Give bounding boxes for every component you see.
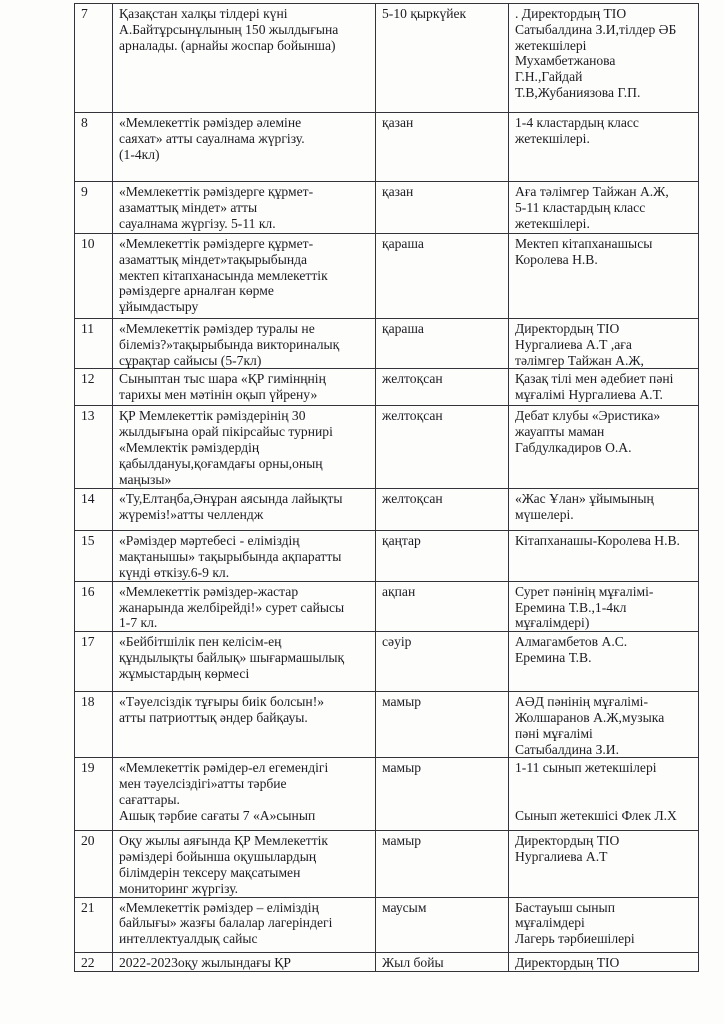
- row-number-cell: 16: [75, 581, 113, 631]
- date-cell: қараша: [376, 234, 509, 319]
- row-number-cell: 8: [75, 113, 113, 182]
- date-cell: маусым: [376, 897, 509, 952]
- event-text-line: «Мемлекеттік рәміздер әлеміне: [119, 115, 371, 131]
- row-number-cell: 21: [75, 897, 113, 952]
- table-row: 12Сыныптан тыс шара «ҚР гимінңніңтарихы …: [75, 369, 699, 406]
- event-date: қараша: [382, 236, 504, 252]
- responsible-text-line: Директордың ТІО: [515, 321, 694, 337]
- responsible-cell: Дебат клубы «Эристика»жауапты маманГабду…: [509, 406, 699, 489]
- date-cell: мамыр: [376, 831, 509, 897]
- event-date: сәуір: [382, 634, 504, 650]
- row-number: 20: [81, 833, 108, 849]
- responsible-cell: Мектеп кітапханашысыКоролева Н.В.: [509, 234, 699, 319]
- responsible-text-line: Дебат клубы «Эристика»: [515, 408, 694, 424]
- event-text-line: Қазақстан халқы тілдері күні: [119, 6, 371, 22]
- event-text-line: саяхат» атты сауалнама жүргізу.: [119, 131, 371, 147]
- event-date: мамыр: [382, 694, 504, 710]
- responsible-text-line: жетекшілері.: [515, 131, 694, 147]
- event-cell: 2022-2023оқу жылындағы ҚР: [113, 952, 376, 971]
- event-cell: «Ту,Елтаңба,Әнұран аясында лайықтыжүремі…: [113, 489, 376, 531]
- event-text-line: азаматтық міндет»тақырыбында: [119, 252, 371, 268]
- date-cell: қазан: [376, 182, 509, 234]
- responsible-cell: Аға тәлімгер Тайжан А.Ж,5-11 кластардың …: [509, 182, 699, 234]
- event-text-line: мектеп кітапханасында мемлекеттік: [119, 268, 371, 284]
- table-row: 11«Мемлекеттік рәміздер туралы небілеміз…: [75, 319, 699, 369]
- event-date: желтоқсан: [382, 408, 504, 424]
- responsible-cell: Директордың ТІОНургалиева А.Т: [509, 831, 699, 897]
- event-cell: «Мемлекеттік рәміздер туралы небілеміз?»…: [113, 319, 376, 369]
- responsible-text-line: Кітапханашы-Королева Н.В.: [515, 533, 694, 549]
- event-date: ақпан: [382, 584, 504, 600]
- responsible-text-line: Нургалиева А.Т: [515, 849, 694, 865]
- event-text-line: «Мемлекеттік рәміздер туралы не: [119, 321, 371, 337]
- event-date: 5-10 қыркүйек: [382, 6, 504, 22]
- responsible-text-line: 1-11 сынып жетекшілері: [515, 760, 694, 776]
- row-number-cell: 14: [75, 489, 113, 531]
- responsible-text-line: Жолшаранов А.Ж,музыка: [515, 710, 694, 726]
- responsible-text-line: «Жас Ұлан» ұйымының: [515, 491, 694, 507]
- row-number: 9: [81, 184, 108, 200]
- responsible-text-line: 5-11 кластардың класс: [515, 200, 694, 216]
- responsible-text-line: Директордың ТІО: [515, 955, 694, 971]
- date-cell: мамыр: [376, 758, 509, 831]
- event-cell: «Тәуелсіздік тұғыры биік болсын!»атты па…: [113, 692, 376, 758]
- event-text-line: «Мемлектік рәміздердің: [119, 440, 371, 456]
- date-cell: сәуір: [376, 632, 509, 692]
- event-text-line: интеллектуалдық сайыс: [119, 931, 371, 947]
- responsible-text-line: Бастауыш сынып: [515, 900, 694, 916]
- event-text-line: байлығы» жазғы балалар лагеріндегі: [119, 915, 371, 931]
- event-cell: «Бейбітшілік пен келісім-еңқұндылықты ба…: [113, 632, 376, 692]
- responsible-text-line: Лагерь тәрбиешілері: [515, 931, 694, 947]
- row-number-cell: 10: [75, 234, 113, 319]
- event-text-line: тарихы мен мәтінін оқып үйрену»: [119, 387, 371, 403]
- date-cell: желтоқсан: [376, 406, 509, 489]
- row-number: 12: [81, 371, 108, 387]
- responsible-text-line: жетекшілері.: [515, 216, 694, 232]
- row-number-cell: 9: [75, 182, 113, 234]
- event-cell: «Мемлекеттік рәміздерге құрмет-азаматтық…: [113, 182, 376, 234]
- event-text-line: атты патриоттық әндер байқауы.: [119, 710, 371, 726]
- responsible-text-line: мұғалімдері: [515, 915, 694, 931]
- event-date: мамыр: [382, 833, 504, 849]
- event-text-line: мақтанышы» тақырыбында ақпаратты: [119, 549, 371, 565]
- responsible-text-line: Сурет пәнінің мұғалімі-: [515, 584, 694, 600]
- row-number-cell: 12: [75, 369, 113, 406]
- date-cell: 5-10 қыркүйек: [376, 4, 509, 113]
- row-number-cell: 22: [75, 952, 113, 971]
- responsible-text-line: Т.В,Жубаниязова Г.П.: [515, 85, 694, 101]
- responsible-text-line: Королева Н.В.: [515, 252, 694, 268]
- row-number: 11: [81, 321, 108, 337]
- table-row: 15«Рәміздер мәртебесі - еліміздіңмақтаны…: [75, 531, 699, 581]
- date-cell: қараша: [376, 319, 509, 369]
- table-row: 14«Ту,Елтаңба,Әнұран аясында лайықтыжүре…: [75, 489, 699, 531]
- responsible-text-line: мұғалімдері): [515, 615, 694, 631]
- event-text-line: рәміздерге арналған көрме: [119, 283, 371, 299]
- event-cell: Сыныптан тыс шара «ҚР гимінңніңтарихы ме…: [113, 369, 376, 406]
- responsible-text-line: 1-4 кластардың класс: [515, 115, 694, 131]
- event-text-line: Сыныптан тыс шара «ҚР гимінңнің: [119, 371, 371, 387]
- responsible-cell: Директордың ТІОНургалиева А.Т ,ағатәлімг…: [509, 319, 699, 369]
- event-text-line: А.Байтұрсынұлының 150 жылдығына: [119, 22, 371, 38]
- event-text-line: «Рәміздер мәртебесі - еліміздің: [119, 533, 371, 549]
- event-date: желтоқсан: [382, 371, 504, 387]
- event-text-line: ұйымдастыру: [119, 299, 371, 315]
- table-row: 9«Мемлекеттік рәміздерге құрмет-азаматты…: [75, 182, 699, 234]
- responsible-text-line: [515, 792, 694, 808]
- date-cell: желтоқсан: [376, 369, 509, 406]
- event-text-line: «Мемлекеттік рәміздер-жастар: [119, 584, 371, 600]
- responsible-text-line: мұғалімі Нургалиева А.Т.: [515, 387, 694, 403]
- event-date: Жыл бойы: [382, 955, 504, 971]
- table-row: 222022-2023оқу жылындағы ҚРЖыл бойыДирек…: [75, 952, 699, 971]
- responsible-text-line: жетекшілері: [515, 38, 694, 54]
- responsible-text-line: Сатыбалдина З.И,тілдер ӘБ: [515, 22, 694, 38]
- responsible-cell: АӘД пәнінің мұғалімі-Жолшаранов А.Ж,музы…: [509, 692, 699, 758]
- row-number-cell: 17: [75, 632, 113, 692]
- event-text-line: жұмыстардың көрмесі: [119, 666, 371, 682]
- table-body: 7Қазақстан халқы тілдері күніА.Байтұрсын…: [75, 4, 699, 972]
- responsible-text-line: Мектеп кітапханашысы: [515, 236, 694, 252]
- table-row: 8«Мемлекеттік рәміздер әлемінесаяхат» ат…: [75, 113, 699, 182]
- date-cell: мамыр: [376, 692, 509, 758]
- activity-plan-table: 7Қазақстан халқы тілдері күніА.Байтұрсын…: [74, 3, 699, 972]
- event-text-line: Ашық тәрбие сағаты 7 «А»сынып: [119, 808, 371, 824]
- responsible-text-line: Сатыбалдина З.И.: [515, 742, 694, 758]
- row-number-cell: 7: [75, 4, 113, 113]
- table-row: 16 «Мемлекеттік рәміздер-жастаржанарында…: [75, 581, 699, 631]
- event-date: қараша: [382, 321, 504, 337]
- event-cell: «Мемлекеттік рәміздер әлемінесаяхат» атт…: [113, 113, 376, 182]
- responsible-text-line: Сынып жетекшісі Флек Л.Х: [515, 808, 694, 824]
- event-text-line: сағаттары.: [119, 792, 371, 808]
- row-number-cell: 15: [75, 531, 113, 581]
- responsible-text-line: тәлімгер Тайжан А.Ж,: [515, 353, 694, 369]
- responsible-text-line: Мухамбетжанова: [515, 53, 694, 69]
- row-number: 17: [81, 634, 108, 650]
- table-row: 17«Бейбітшілік пен келісім-еңқұндылықты …: [75, 632, 699, 692]
- row-number: 13: [81, 408, 108, 424]
- event-text-line: мониторинг жүргізу.: [119, 881, 371, 897]
- event-date: қазан: [382, 184, 504, 200]
- table-row: 19«Мемлекеттік рәмідер-ел егемендігімен …: [75, 758, 699, 831]
- row-number-cell: 20: [75, 831, 113, 897]
- table-row: 21«Мемлекеттік рәміздер – еліміздіңбайлы…: [75, 897, 699, 952]
- event-text-line: сауалнама жүргізу. 5-11 кл.: [119, 216, 371, 232]
- row-number-cell: 11: [75, 319, 113, 369]
- event-text-line: құндылықты байлық» шығармашылық: [119, 650, 371, 666]
- event-text-line: 1-7 кл.: [119, 615, 371, 631]
- row-number: 10: [81, 236, 108, 252]
- event-text-line: ҚР Мемлекеттік рәміздерінің 30: [119, 408, 371, 424]
- responsible-text-line: . Директордың ТІО: [515, 6, 694, 22]
- date-cell: желтоқсан: [376, 489, 509, 531]
- responsible-text-line: Еремина Т.В.: [515, 650, 694, 666]
- responsible-cell: Қазақ тілі мен әдебиет пәнімұғалімі Нург…: [509, 369, 699, 406]
- table-row: 7Қазақстан халқы тілдері күніА.Байтұрсын…: [75, 4, 699, 113]
- event-text-line: маңызы»: [119, 472, 371, 488]
- event-text-line: қабылдануы,қоғамдағы орны,оның: [119, 456, 371, 472]
- responsible-text-line: Алмагамбетов А.С.: [515, 634, 694, 650]
- event-text-line: мен тәуелсіздігі»атты тәрбие: [119, 776, 371, 792]
- responsible-text-line: пәні мұғалімі: [515, 726, 694, 742]
- responsible-text-line: [515, 776, 694, 792]
- event-cell: Қазақстан халқы тілдері күніА.Байтұрсынұ…: [113, 4, 376, 113]
- date-cell: қазан: [376, 113, 509, 182]
- responsible-text-line: мүшелері.: [515, 507, 694, 523]
- event-text-line: «Мемлекеттік рәміздер – еліміздің: [119, 900, 371, 916]
- row-number: 8: [81, 115, 108, 131]
- date-cell: ақпан: [376, 581, 509, 631]
- event-text-line: сұрақтар сайысы (5-7кл): [119, 353, 371, 369]
- event-text-line: білімдерін тексеру мақсатымен: [119, 865, 371, 881]
- event-text-line: жүреміз!»атты челлендж: [119, 507, 371, 523]
- event-text-line: жанарында желбірейді!» сурет сайысы: [119, 600, 371, 616]
- responsible-cell: . Директордың ТІОСатыбалдина З.И,тілдер …: [509, 4, 699, 113]
- table-row: 18 «Тәуелсіздік тұғыры биік болсын!»атты…: [75, 692, 699, 758]
- event-date: мамыр: [382, 760, 504, 776]
- responsible-text-line: Еремина Т.В.,1-4кл: [515, 600, 694, 616]
- event-cell: Оқу жылы аяғында ҚР Мемлекеттікрәміздері…: [113, 831, 376, 897]
- event-text-line: арналады. (арнайы жоспар бойынша): [119, 38, 371, 54]
- event-text-line: (1-4кл): [119, 147, 371, 163]
- row-number: 16: [81, 584, 108, 600]
- row-number: 7: [81, 6, 108, 22]
- row-number: 21: [81, 900, 108, 916]
- event-cell: «Мемлекеттік рәмідер-ел егемендігімен тә…: [113, 758, 376, 831]
- row-number: 18: [81, 694, 108, 710]
- event-cell: «Рәміздер мәртебесі - еліміздіңмақтанышы…: [113, 531, 376, 581]
- row-number: 19: [81, 760, 108, 776]
- event-text-line: білеміз?»тақырыбында викториналық: [119, 337, 371, 353]
- event-text-line: «Тәуелсіздік тұғыры биік болсын!»: [119, 694, 371, 710]
- event-text-line: рәміздері бойынша оқушылардың: [119, 849, 371, 865]
- event-date: қаңтар: [382, 533, 504, 549]
- event-text-line: «Мемлекеттік рәмідер-ел егемендігі: [119, 760, 371, 776]
- table-row: 20Оқу жылы аяғында ҚР Мемлекеттікрәмізде…: [75, 831, 699, 897]
- event-cell: «Мемлекеттік рәміздерге құрмет-азаматтық…: [113, 234, 376, 319]
- row-number-cell: 18: [75, 692, 113, 758]
- responsible-cell: 1-11 сынып жетекшілеріСынып жетекшісі Фл…: [509, 758, 699, 831]
- event-text-line: азаматтық міндет» атты: [119, 200, 371, 216]
- event-cell: ҚР Мемлекеттік рәміздерінің 30жылдығына …: [113, 406, 376, 489]
- row-number: 15: [81, 533, 108, 549]
- row-number-cell: 19: [75, 758, 113, 831]
- responsible-text-line: АӘД пәнінің мұғалімі-: [515, 694, 694, 710]
- row-number: 22: [81, 955, 108, 971]
- date-cell: Жыл бойы: [376, 952, 509, 971]
- responsible-cell: Бастауыш сыныпмұғалімдеріЛагерь тәрбиеші…: [509, 897, 699, 952]
- event-cell: «Мемлекеттік рәміздер-жастаржанарында же…: [113, 581, 376, 631]
- event-date: желтоқсан: [382, 491, 504, 507]
- event-text-line: күнді өткізу.6-9 кл.: [119, 565, 371, 581]
- event-date: маусым: [382, 900, 504, 916]
- responsible-text-line: жауапты маман: [515, 424, 694, 440]
- responsible-text-line: Габдулкадиров О.А.: [515, 440, 694, 456]
- responsible-text-line: Қазақ тілі мен әдебиет пәні: [515, 371, 694, 387]
- responsible-cell: Директордың ТІО: [509, 952, 699, 971]
- responsible-cell: 1-4 кластардың классжетекшілері.: [509, 113, 699, 182]
- responsible-cell: Алмагамбетов А.С.Еремина Т.В.: [509, 632, 699, 692]
- date-cell: қаңтар: [376, 531, 509, 581]
- scanned-document-page: 7Қазақстан халқы тілдері күніА.Байтұрсын…: [0, 0, 724, 1024]
- responsible-cell: «Жас Ұлан» ұйымыныңмүшелері.: [509, 489, 699, 531]
- table-row: 13ҚР Мемлекеттік рәміздерінің 30жылдығын…: [75, 406, 699, 489]
- responsible-text-line: Аға тәлімгер Тайжан А.Ж,: [515, 184, 694, 200]
- row-number: 14: [81, 491, 108, 507]
- row-number-cell: 13: [75, 406, 113, 489]
- responsible-text-line: Директордың ТІО: [515, 833, 694, 849]
- event-text-line: 2022-2023оқу жылындағы ҚР: [119, 955, 371, 971]
- event-text-line: «Мемлекеттік рәміздерге құрмет-: [119, 236, 371, 252]
- responsible-text-line: Г.Н.,Гайдай: [515, 69, 694, 85]
- event-text-line: жылдығына орай пікірсайыс турнирі: [119, 424, 371, 440]
- event-cell: «Мемлекеттік рәміздер – еліміздіңбайлығы…: [113, 897, 376, 952]
- table-row: 10«Мемлекеттік рәміздерге құрмет-азаматт…: [75, 234, 699, 319]
- event-text-line: «Ту,Елтаңба,Әнұран аясында лайықты: [119, 491, 371, 507]
- event-text-line: Оқу жылы аяғында ҚР Мемлекеттік: [119, 833, 371, 849]
- responsible-text-line: Нургалиева А.Т ,аға: [515, 337, 694, 353]
- event-text-line: «Мемлекеттік рәміздерге құрмет-: [119, 184, 371, 200]
- event-text-line: «Бейбітшілік пен келісім-ең: [119, 634, 371, 650]
- responsible-cell: Кітапханашы-Королева Н.В.: [509, 531, 699, 581]
- responsible-cell: Сурет пәнінің мұғалімі-Еремина Т.В.,1-4к…: [509, 581, 699, 631]
- event-date: қазан: [382, 115, 504, 131]
